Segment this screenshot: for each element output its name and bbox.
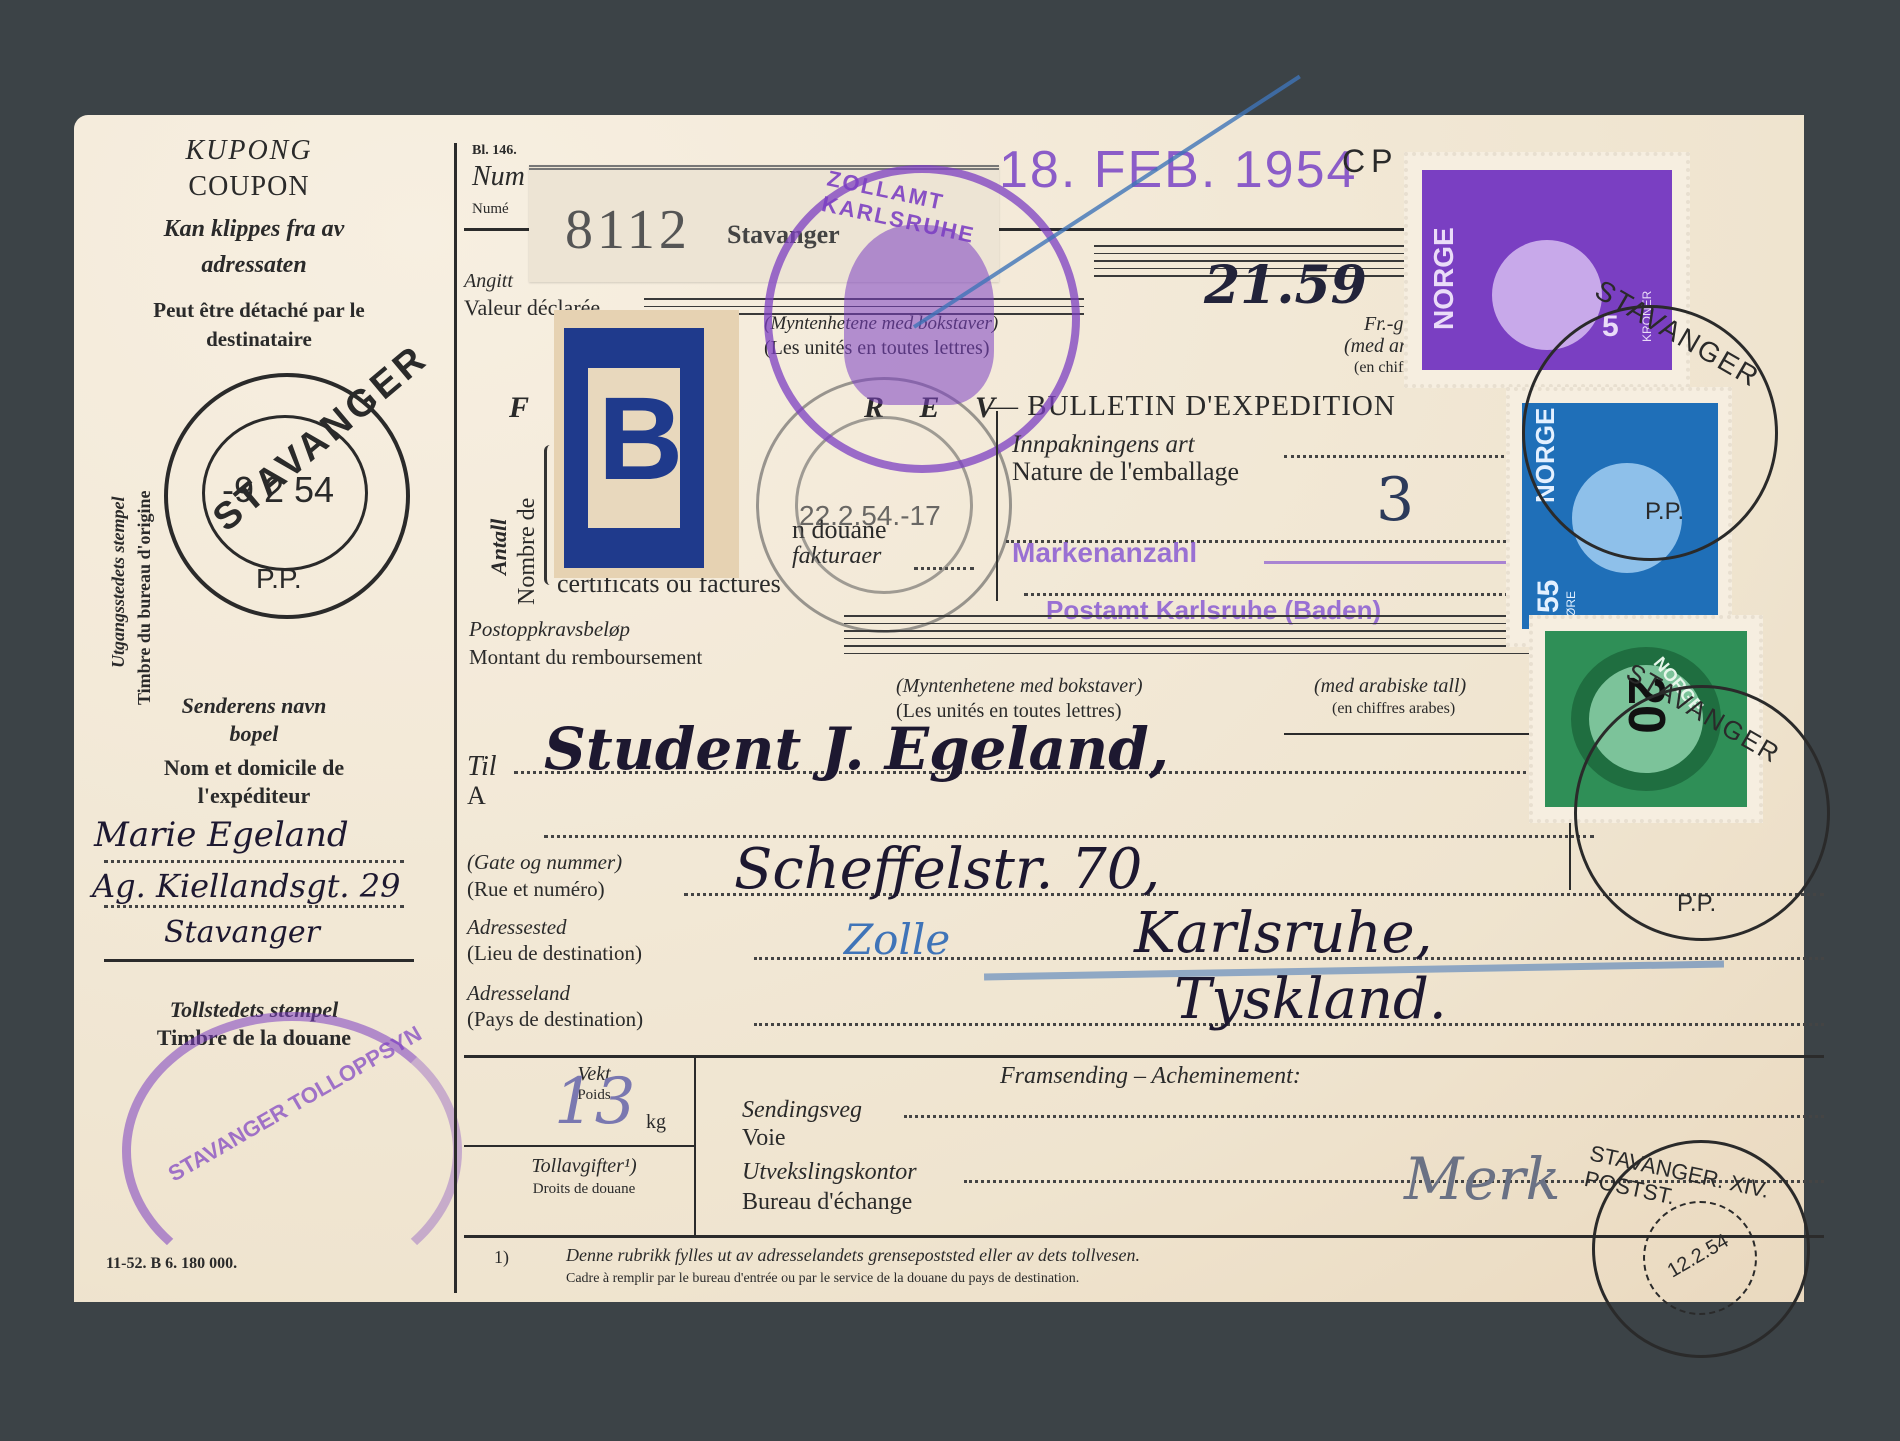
packing-value: 3: [1376, 465, 1414, 535]
customs-violet-stamp: STAVANGER TOLLOPPSYN: [122, 1012, 462, 1290]
country-value: Tyskland.: [1174, 967, 1447, 1032]
recipient-name: Student J. Egeland,: [544, 715, 1169, 783]
sender-label-no-2: bopel: [94, 721, 414, 747]
cod-label-no: Postoppkravsbeløp: [469, 617, 630, 642]
street-value: Scheffelstr. 70,: [734, 837, 1160, 902]
stamp-1-country: NORGE: [1428, 227, 1460, 330]
b-label-sticker: B: [554, 310, 739, 578]
duty-label-no: Tollavgifter¹): [484, 1155, 684, 1178]
routing-title: Framsending – Acheminement:: [1000, 1063, 1301, 1090]
cod-arabic-fr: (en chiffres arabes): [1332, 700, 1455, 718]
sender-label-fr-1: Nom et domicile de: [94, 755, 414, 781]
route-label-fr: Voie: [742, 1125, 786, 1152]
footnote-no: Denne rubrikk fylles ut av adresselandet…: [566, 1245, 1140, 1266]
country-label-no: Adresseland: [467, 981, 570, 1006]
coupon-note-no-1: Kan klippes fra av: [94, 216, 414, 243]
country-label-fr: (Pays de destination): [467, 1007, 643, 1032]
to-label-fr: A: [467, 781, 486, 811]
origin-postmark: STAVANGER -9 2 54 P.P.: [164, 373, 410, 619]
cod-arabic-no: (med arabiske tall): [1314, 675, 1466, 698]
coupon-note-fr-2: destinataire: [84, 327, 434, 352]
origin-stamp-label-fr: Timbre du bureau d'origine: [134, 490, 155, 705]
form-number: Bl. 146.: [472, 143, 517, 159]
duty-label-fr: Droits de douane: [474, 1181, 694, 1198]
weight-unit: kg: [646, 1111, 666, 1134]
city-label-no: Adressested: [467, 915, 567, 940]
declared-value-label-no: Angitt: [464, 270, 513, 293]
stamp-postmark-1-suffix: P.P.: [1645, 498, 1684, 526]
coupon-note-fr-1: Peut être détaché par le: [84, 298, 434, 323]
stamp-postmark-1: STAVANGER P.P.: [1522, 305, 1778, 561]
footnote-marker: 1): [494, 1247, 509, 1268]
bottom-postmark: STAVANGER. XIV. POSTST. 12.2.54: [1592, 1140, 1810, 1358]
parcel-number: 8112: [565, 198, 691, 262]
origin-postmark-suffix: P.P.: [256, 563, 302, 595]
declared-amount: 21.59: [1204, 255, 1367, 316]
stamp-2-unit: ØRE: [1564, 591, 1578, 617]
sender-label-no-1: Senderens navn: [94, 693, 414, 719]
to-label-no: Til: [467, 751, 497, 783]
coupon-note-no-2: adressaten: [94, 252, 414, 279]
parcel-card: KUPONG COUPON Kan klippes fra av adressa…: [74, 115, 1804, 1302]
karlsruhe-postmark-date: 22.2.54.-17: [799, 500, 941, 532]
coupon-title-fr: COUPON: [134, 171, 364, 203]
marken-stamp-1: Markenanzahl: [1012, 537, 1197, 569]
street-label-fr: (Rue et numéro): [467, 877, 605, 902]
stamp-postmark-2: STAVANGER P.P.: [1574, 685, 1830, 941]
coupon-title-no: KUPONG: [134, 135, 364, 167]
number-label-no: Num: [472, 161, 525, 193]
city-label-fr: (Lieu de destination): [467, 941, 642, 966]
packing-label-fr: Nature de l'emballage: [1012, 457, 1239, 487]
date-stamp: 18. FEB. 1954: [999, 140, 1357, 200]
b-label: B: [598, 380, 683, 498]
sender-label-fr-2: l'expéditeur: [94, 783, 414, 809]
cod-words-no: (Myntenhetene med bokstaver): [896, 675, 1143, 698]
exchange-label-fr: Bureau d'échange: [742, 1189, 912, 1216]
count-label-fr: Nombre de: [514, 498, 541, 605]
exchange-value: Merk: [1404, 1145, 1561, 1213]
street-label-no: (Gate og nummer): [467, 850, 622, 875]
stamp-2-value: 55: [1532, 580, 1566, 613]
print-code: 11-52. B 6. 180 000.: [106, 1255, 237, 1273]
sender-name: Marie Egeland: [94, 815, 349, 855]
footnote-fr: Cadre à remplir par le bureau d'entrée o…: [566, 1271, 1079, 1287]
stamp-postmark-2-suffix: P.P.: [1677, 890, 1716, 918]
exchange-label-no: Utvekslingskontor: [742, 1159, 917, 1186]
weight-value: 13: [554, 1065, 635, 1139]
cod-label-fr: Montant du remboursement: [469, 645, 702, 670]
count-label-no: Antall: [486, 519, 512, 575]
sender-city: Stavanger: [164, 915, 320, 950]
customs-stamp-text: STAVANGER TOLLOPPSYN: [164, 1021, 426, 1188]
route-label-no: Sendingsveg: [742, 1097, 862, 1124]
sender-street: Ag. Kiellandsgt. 29: [92, 867, 400, 905]
city-value: Karlsruhe,: [1134, 901, 1432, 966]
origin-postmark-date: -9 2 54: [222, 469, 334, 511]
coupon-divider: [454, 143, 457, 1293]
zone-note: Zolle: [844, 915, 950, 964]
cp-mark: CP: [1342, 143, 1398, 180]
number-label-fr: Numé: [472, 201, 509, 218]
origin-stamp-label-no: Utgangsstedets stempel: [108, 497, 129, 669]
packing-label-no: Innpakningens art: [1012, 431, 1195, 459]
